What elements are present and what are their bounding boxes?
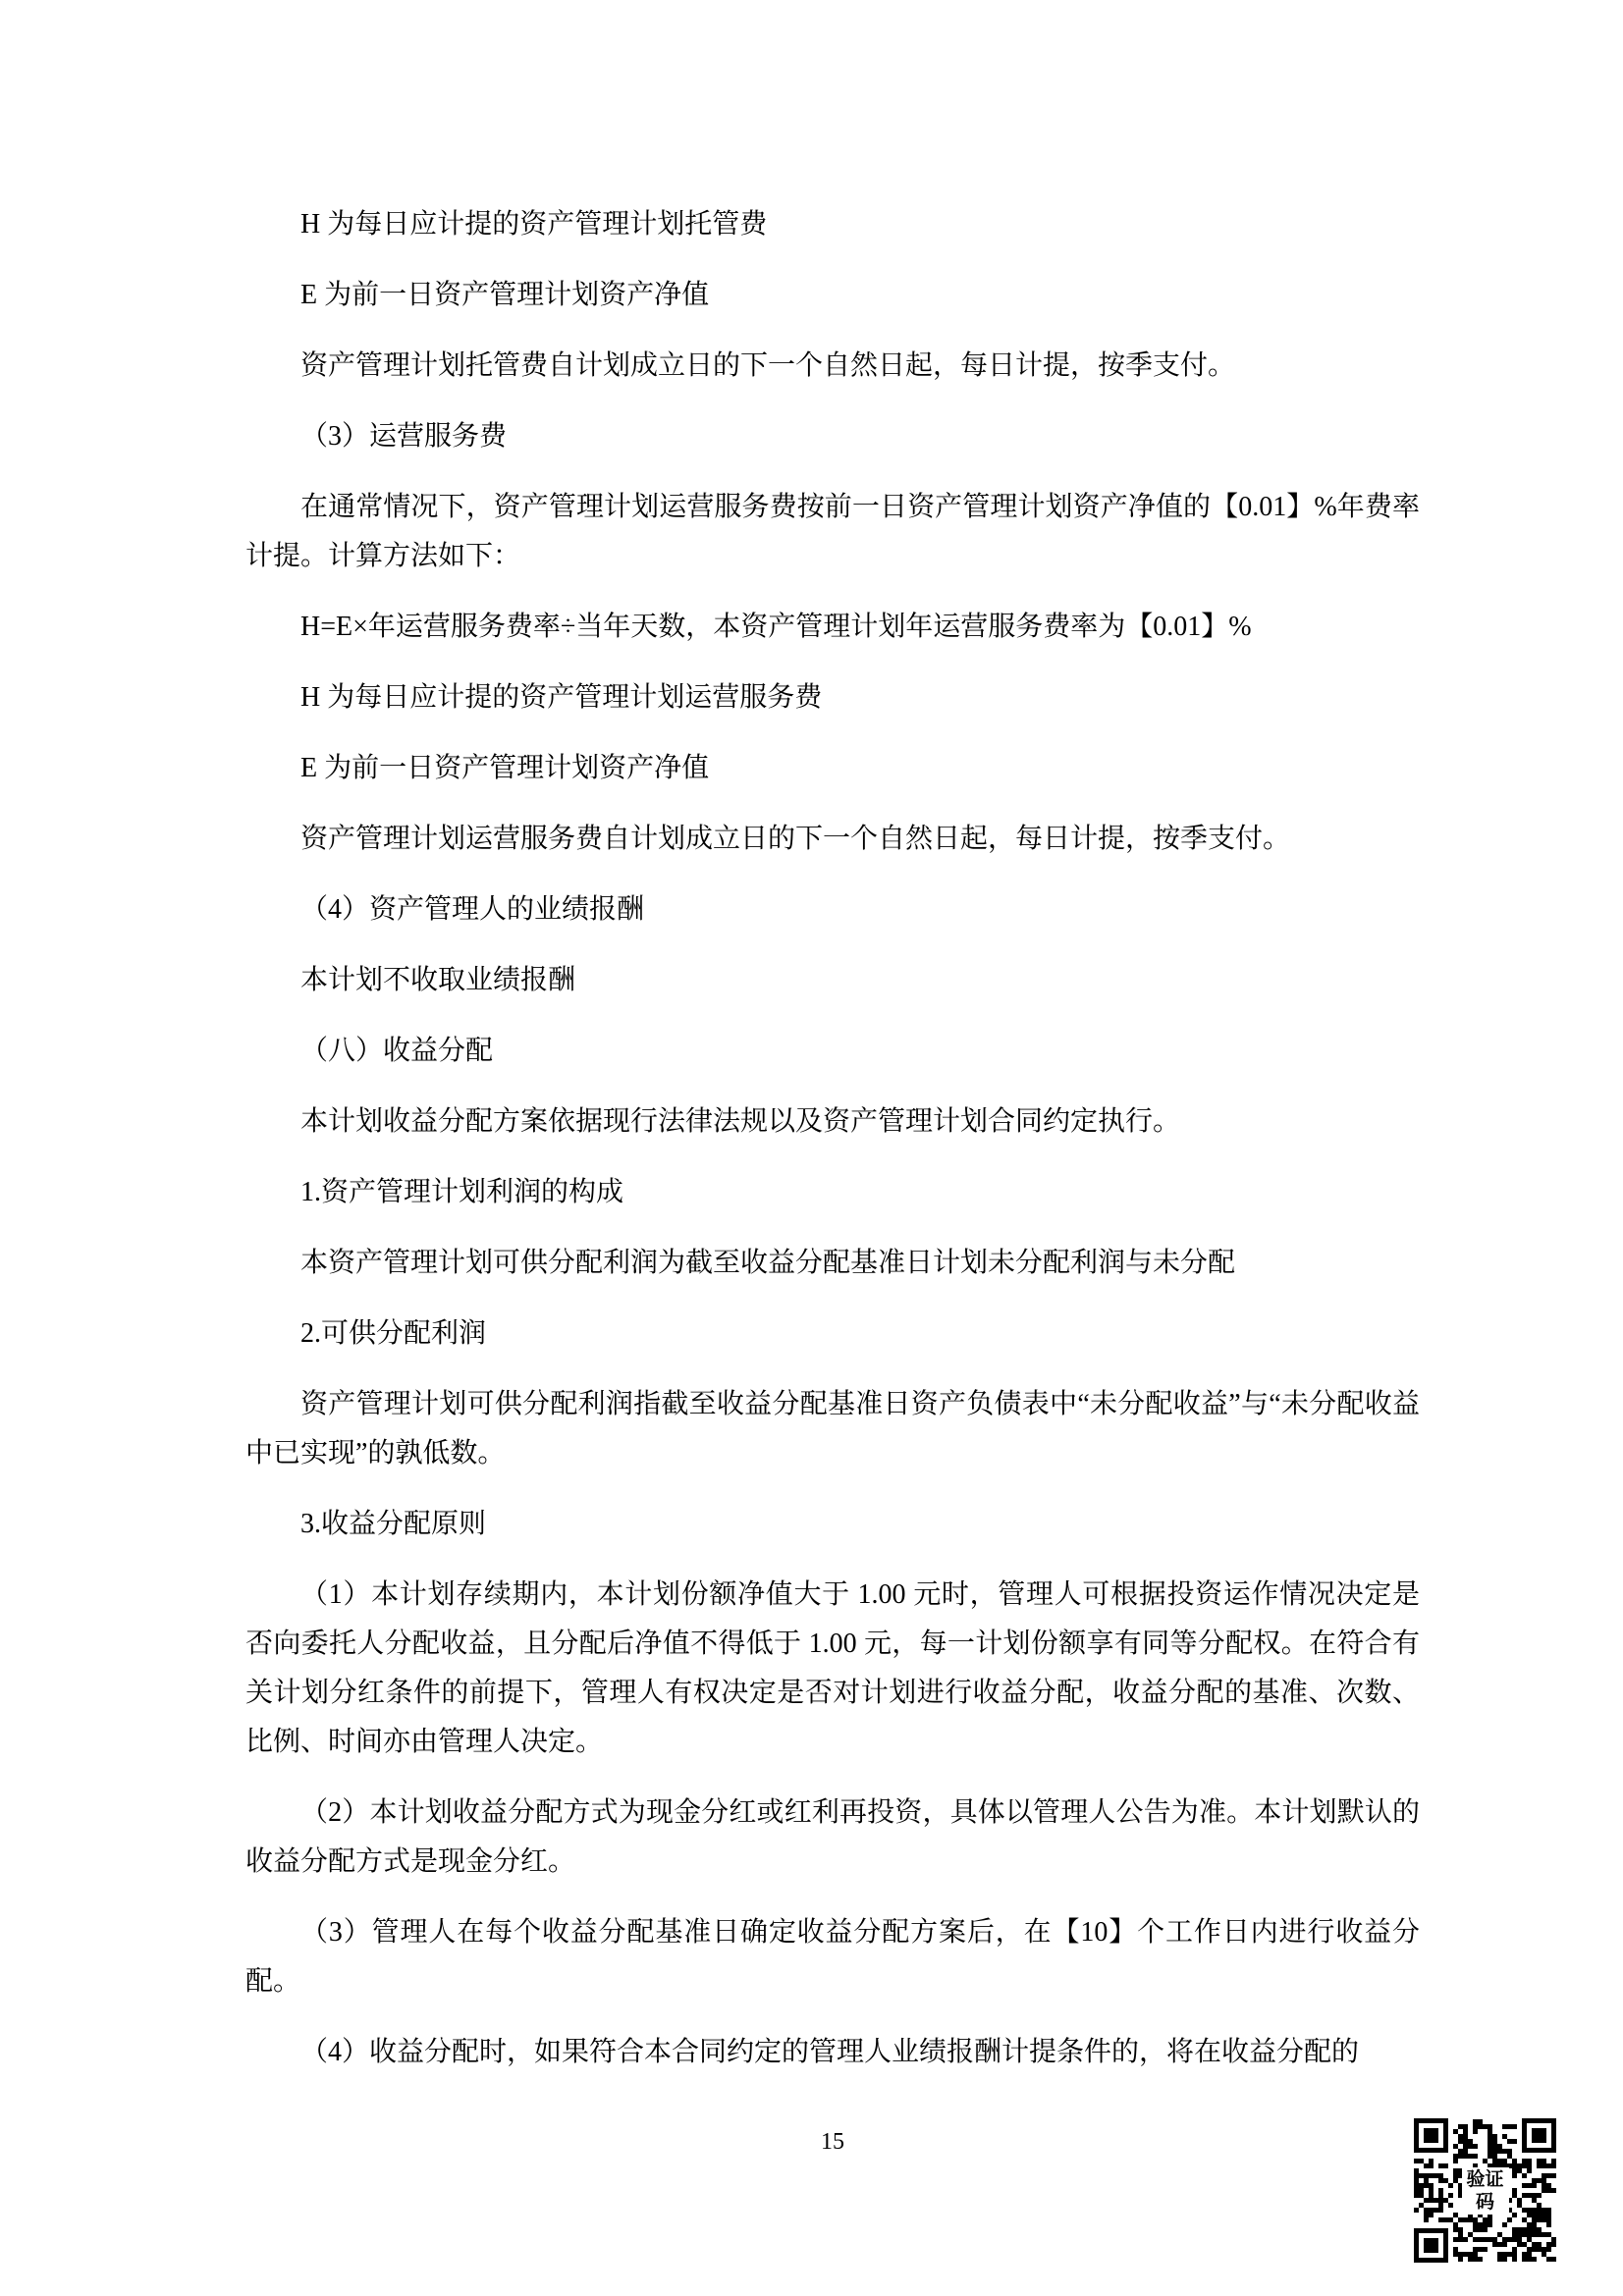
paragraph: H=E×年运营服务费率÷当年天数，本资产管理计划年运营服务费率为【0.01】% [245,603,1420,652]
paragraph: （4）收益分配时，如果符合本合同约定的管理人业绩报酬计提条件的，将在收益分配的 [245,2028,1420,2077]
paragraph: 本计划不收取业绩报酬 [245,956,1420,1005]
paragraph: 本资产管理计划可供分配利润为截至收益分配基准日计划未分配利润与未分配 [245,1239,1420,1288]
paragraph: （3）运营服务费 [245,412,1420,461]
page-number: 15 [245,2126,1420,2158]
paragraph: H 为每日应计提的资产管理计划运营服务费 [245,673,1420,722]
paragraph: （4）资产管理人的业绩报酬 [245,885,1420,934]
paragraph: 在通常情况下，资产管理计划运营服务费按前一日资产管理计划资产净值的【0.01】%… [245,483,1420,581]
paragraph: H 为每日应计提的资产管理计划托管费 [245,200,1420,249]
paragraph: E 为前一日资产管理计划资产净值 [245,744,1420,793]
paragraph: （八）收益分配 [245,1027,1420,1076]
qr-code: 验证码 [1414,2118,1556,2263]
paragraph: 资产管理计划托管费自计划成立日的下一个自然日起，每日计提，按季支付。 [245,342,1420,391]
paragraph: 1.资产管理计划利润的构成 [245,1168,1420,1217]
paragraph: （3）管理人在每个收益分配基准日确定收益分配方案后，在【10】个工作日内进行收益… [245,1908,1420,2006]
paragraph: 资产管理计划运营服务费自计划成立日的下一个自然日起，每日计提，按季支付。 [245,815,1420,864]
paragraph: （2）本计划收益分配方式为现金分红或红利再投资，具体以管理人公告为准。本计划默认… [245,1789,1420,1887]
paragraph: 本计划收益分配方案依据现行法律法规以及资产管理计划合同约定执行。 [245,1097,1420,1147]
paragraph: 资产管理计划可供分配利润指截至收益分配基准日资产负债表中“未分配收益”与“未分配… [245,1380,1420,1478]
qr-code-label: 验证码 [1462,2167,1509,2215]
document-body: H 为每日应计提的资产管理计划托管费E 为前一日资产管理计划资产净值资产管理计划… [245,200,1420,2099]
paragraph: （1）本计划存续期内，本计划份额净值大于 1.00 元时，管理人可根据投资运作情… [245,1571,1420,1767]
paragraph: 2.可供分配利润 [245,1309,1420,1359]
paragraph: E 为前一日资产管理计划资产净值 [245,271,1420,320]
paragraph: 3.收益分配原则 [245,1500,1420,1549]
document-page: H 为每日应计提的资产管理计划托管费E 为前一日资产管理计划资产净值资产管理计划… [0,0,1623,2296]
